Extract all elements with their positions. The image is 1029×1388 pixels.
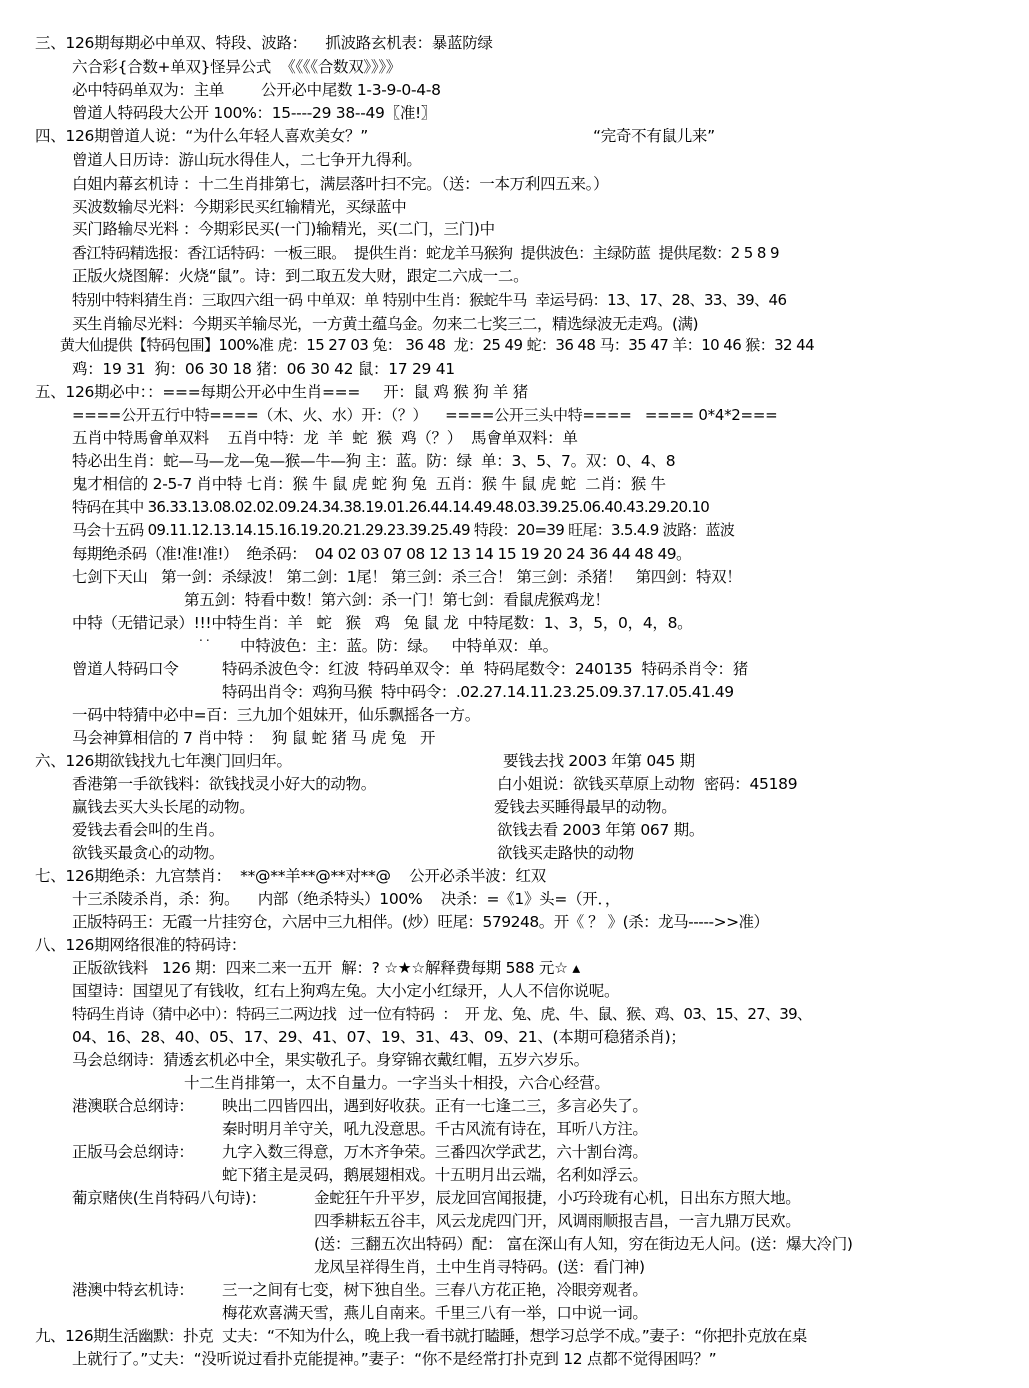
koulin-line-2: 特码出肖令：鸡狗马猴 特中码令：.02.27.14.11.23.25.09.37… bbox=[222, 682, 734, 702]
section-6-row-left: 欲钱买最贪心的动物。 bbox=[72, 843, 224, 863]
section-4-line: 买波数输尽光料：今期彩民买红输精光，买绿蓝中 bbox=[72, 197, 406, 217]
section-5-line: ====公开五行中特====（木、火、水）开：（？） ====公开三头中特===… bbox=[72, 405, 777, 425]
section-3-line: 必中特码单双为：主单 公开必中尾数 1-3-9-0-4-8 bbox=[72, 80, 441, 100]
section-4-line: 香江特码精选报：香江话特码：一板三眼。 提供生肖：蛇龙羊马猴狗 提供波色：主绿防… bbox=[72, 243, 779, 263]
section-7-header: 七、126期绝杀：九宫禁肖： **@**羊**@**对**@ 公开必杀半波：红双 bbox=[35, 866, 546, 886]
section-6-row-right: 爱钱去买睡得最早的动物。 bbox=[494, 797, 676, 817]
section-4-line: 曾道人日历诗：游山玩水得佳人，二七争开九得利。 bbox=[72, 150, 422, 170]
section-4-line: 买门路输尽光料 ：今期彩民买(一门)输精光，买(二门，三门)中 bbox=[72, 219, 495, 239]
zhongte-line: 中特（无错记录）!!!中特生肖：羊 蛇 猴 鸡 兔 鼠 龙 中特尾数：1、3，5… bbox=[72, 613, 692, 633]
section-9-line-2: 上就行了。”丈夫：“没听说过看扑克能提神。”妻子：“你不是经常打扑克到 12 点… bbox=[72, 1349, 716, 1369]
section-4-line: 白姐内幕玄机诗 ：十二生肖排第七，满层落叶扫不完。（送：一本万利四五来。） bbox=[72, 174, 608, 194]
pujing-line-2: 四季耕耘五谷丰，风云龙虎四门开，风调雨顺报吉昌，一言九鼎万民欢。 bbox=[314, 1211, 800, 1231]
section-8-line: 马会总纲诗：猜透玄机必中全，果实敬孔子。身穿锦衣戴红帽，五岁六岁乐。 bbox=[72, 1050, 589, 1070]
koulin-label: 曾道人特码口令 bbox=[72, 659, 178, 679]
section-3-header: 三、126期每期必中单双、特段、波路： 抓波路玄机表：暴蓝防绿 bbox=[35, 33, 493, 53]
pujing-label: 葡京赌侠(生肖特码八句诗)： bbox=[72, 1188, 266, 1208]
zhengban-line-1: 九字入数三得意，万木齐争荣。三番四次学武艺，六十割台湾。 bbox=[222, 1142, 648, 1162]
section-6-row-left: 赢钱去买大头长尾的动物。 bbox=[72, 797, 254, 817]
section-5-line: 马会十五码 09.11.12.13.14.15.16.19.20.21.29.2… bbox=[72, 520, 734, 540]
huangdaxian-line: 黄大仙提供【特码包围】100%准 虎：15 27 03 兔： 36 48 龙：2… bbox=[60, 335, 814, 355]
section-6-header-right: 要钱去找 2003 年第 045 期 bbox=[503, 751, 695, 771]
section-5-header: 五、126期必中：：===每期公开必中生肖=== 开：鼠 鸡 猴 狗 羊 猪 bbox=[35, 382, 528, 402]
section-4-line: 正版火烧图解：火烧“鼠”。诗：到二取五发大财，跟定二六成一二。 bbox=[72, 266, 528, 286]
section-4-header-right: “完奇不有鼠儿来” bbox=[593, 126, 715, 146]
gangao-line-1: 映出二四皆四出，遇到好收获。正有一七逢二三，多言必失了。 bbox=[222, 1096, 648, 1116]
koulin-line-1: 特码杀波色令：红波 特码单双令：单 特码尾数令：240135 特码杀肖令：猪 bbox=[222, 659, 748, 679]
pujing-line-3: (送：三翻五次出特码）配： 富在深山有人知，穷在街边无人问。(送：爆大冷门) bbox=[314, 1234, 853, 1254]
section-5-line: 五肖中特馬會单双料 五肖中特：龙 羊 蛇 猴 鸡（？） 馬會单双料：单 bbox=[72, 428, 578, 448]
pujing-line-4: 龙凤呈祥得生肖，土中生肖寻特码。(送：看门神) bbox=[314, 1257, 645, 1277]
mahui-7-line: 马会神算相信的 7 肖中特 ： 狗 鼠 蛇 猪 马 虎 兔 开 bbox=[72, 728, 435, 748]
section-6-row-left: 爱钱去看会叫的生肖。 bbox=[72, 820, 224, 840]
section-6-row-right: 欲钱买走路快的动物 bbox=[497, 843, 634, 863]
section-7-line: 正版特码王：无霞一片挂穷仓，六居中三九相伴。(炒）旺尾：579248。开《 ？ … bbox=[72, 912, 769, 932]
section-5-line: 特必出生肖：蛇—马—龙—兔—猴—牛—狗 主：蓝。防：绿 单：3、5、7。双：0、… bbox=[72, 451, 675, 471]
section-4-line: 买生肖输尽光料：今期买羊输尽光，一方黄土蕴乌金。勿来二七奖三二，精选绿波无走鸡。… bbox=[72, 314, 698, 334]
section-5-line: 特码在其中 36.33.13.08.02.02.09.24.34.38.19.0… bbox=[72, 497, 709, 517]
zhengban-label: 正版马会总纲诗： bbox=[72, 1142, 194, 1162]
section-8-line: 特码生肖诗（猜中必中）：特码三二两边找 过一位有特码 ： 开 龙、兔、虎、牛、鼠… bbox=[72, 1004, 811, 1024]
yima-line: 一码中特猜中必中=百：三九加个姐妹开，仙乐飘摇各一方。 bbox=[72, 705, 480, 725]
zhengban-line-2: 蛇下猪主是灵码，鹅展翅相戏。十五明月出云端，名利如浮云。 bbox=[222, 1165, 648, 1185]
section-8-line: 04、16、28、40、05、17、29、41、07、19、31、43、09、2… bbox=[72, 1027, 686, 1047]
sword-continuation: 第五剑：特看中数！第六剑：杀一门！第七剑：看鼠虎猴鸡龙！ bbox=[184, 590, 610, 610]
section-4-line: 特别中特料猜生肖：三取四六组一码 中单双：单 特别中生肖：猴蛇牛马 幸运号码：1… bbox=[72, 290, 786, 310]
section-5-line: 每期绝杀码（准!准!准!） 绝杀码： 04 02 03 07 08 12 13 … bbox=[72, 544, 691, 564]
xuanji-line-2: 梅花欢喜满天雪，燕儿自南来。千里三八有一举，口中说一词。 bbox=[222, 1303, 648, 1323]
zhongte-continuation: 中特波色：主：蓝。防：绿。 中特单双：单。 bbox=[240, 636, 558, 656]
xuanji-line-1: 三一之间有七变，树下独自坐。三春八方花正艳，冷眼旁观者。 bbox=[222, 1280, 648, 1300]
section-3-line: 曾道人特码段大公开 100%：15----29 38--49〖准!〗 bbox=[72, 103, 436, 123]
section-5-line: 鬼才相信的 2-5-7 肖中特 七肖：猴 牛 鼠 虎 蛇 狗 兔 五肖：猴 牛 … bbox=[72, 474, 666, 494]
section-6-row-right: 白小姐说：欲钱买草原上动物 密码：45189 bbox=[497, 774, 797, 794]
section-7-line: 十三杀陵杀肖，杀：狗。 内部（绝杀特头）100% 决杀：=《1》头=（开．， bbox=[72, 889, 620, 909]
pujing-line-1: 金蛇狂午升平岁，辰龙回宫闻报捷，小巧玲珑有心机，日出东方照大地。 bbox=[314, 1188, 800, 1208]
section-8-header: 八、126期网络很准的特码诗： bbox=[35, 935, 246, 955]
section-9-header: 九、126期生活幽默：扑克 丈夫：“不知为什么，晚上我一看书就打瞌睡，想学习总学… bbox=[35, 1326, 807, 1346]
huangdaxian-line-2: 鸡：19 31 狗：06 30 18 猪：06 30 42 鼠：17 29 41 bbox=[72, 359, 455, 379]
section-8-line: 正版欲钱料 126 期：四来二来一五开 解：? ☆★☆解释费每期 588 元☆ … bbox=[72, 958, 580, 978]
document-page: 三、126期每期必中单双、特段、波路： 抓波路玄机表：暴蓝防绿 六合彩{合数+单… bbox=[0, 0, 1029, 1388]
section-4-header: 四、126期曾道人说：“为什么年轻人喜欢美女？” bbox=[35, 126, 368, 146]
gangao-line-2: 秦时明月羊守关，吼九没意思。千古风流有诗在，耳听八方注。 bbox=[222, 1119, 648, 1139]
section-3-line: 六合彩{合数+单双}怪异公式 《《《《合数双》》》》 bbox=[72, 57, 401, 77]
gangao-label: 港澳联合总纲诗： bbox=[72, 1096, 194, 1116]
section-6-row-left: 香港第一手欲钱料：欲钱找灵小好大的动物。 bbox=[72, 774, 376, 794]
section-6-row-right: 欲钱去看 2003 年第 067 期。 bbox=[497, 820, 704, 840]
xuanji-label: 港澳中特玄机诗： bbox=[72, 1280, 194, 1300]
section-6-header: 六、126期欲钱找九七年澳门回归年。 bbox=[35, 751, 292, 771]
section-5-line: 七剑下天山 第一剑：杀绿波！ 第二剑：1尾！ 第三剑：杀三合！ 第三剑：杀猪！ … bbox=[72, 567, 741, 587]
section-8-line: 国望诗：国望见了有钱收，红右上狗鸡左兔。大小定小红绿开，人人不信你说呢。 bbox=[72, 981, 619, 1001]
stray-dots: .. bbox=[199, 630, 213, 644]
mahui-continuation: 十二生肖排第一，太不自量力。一字当头十相投，六合心经营。 bbox=[184, 1073, 610, 1093]
